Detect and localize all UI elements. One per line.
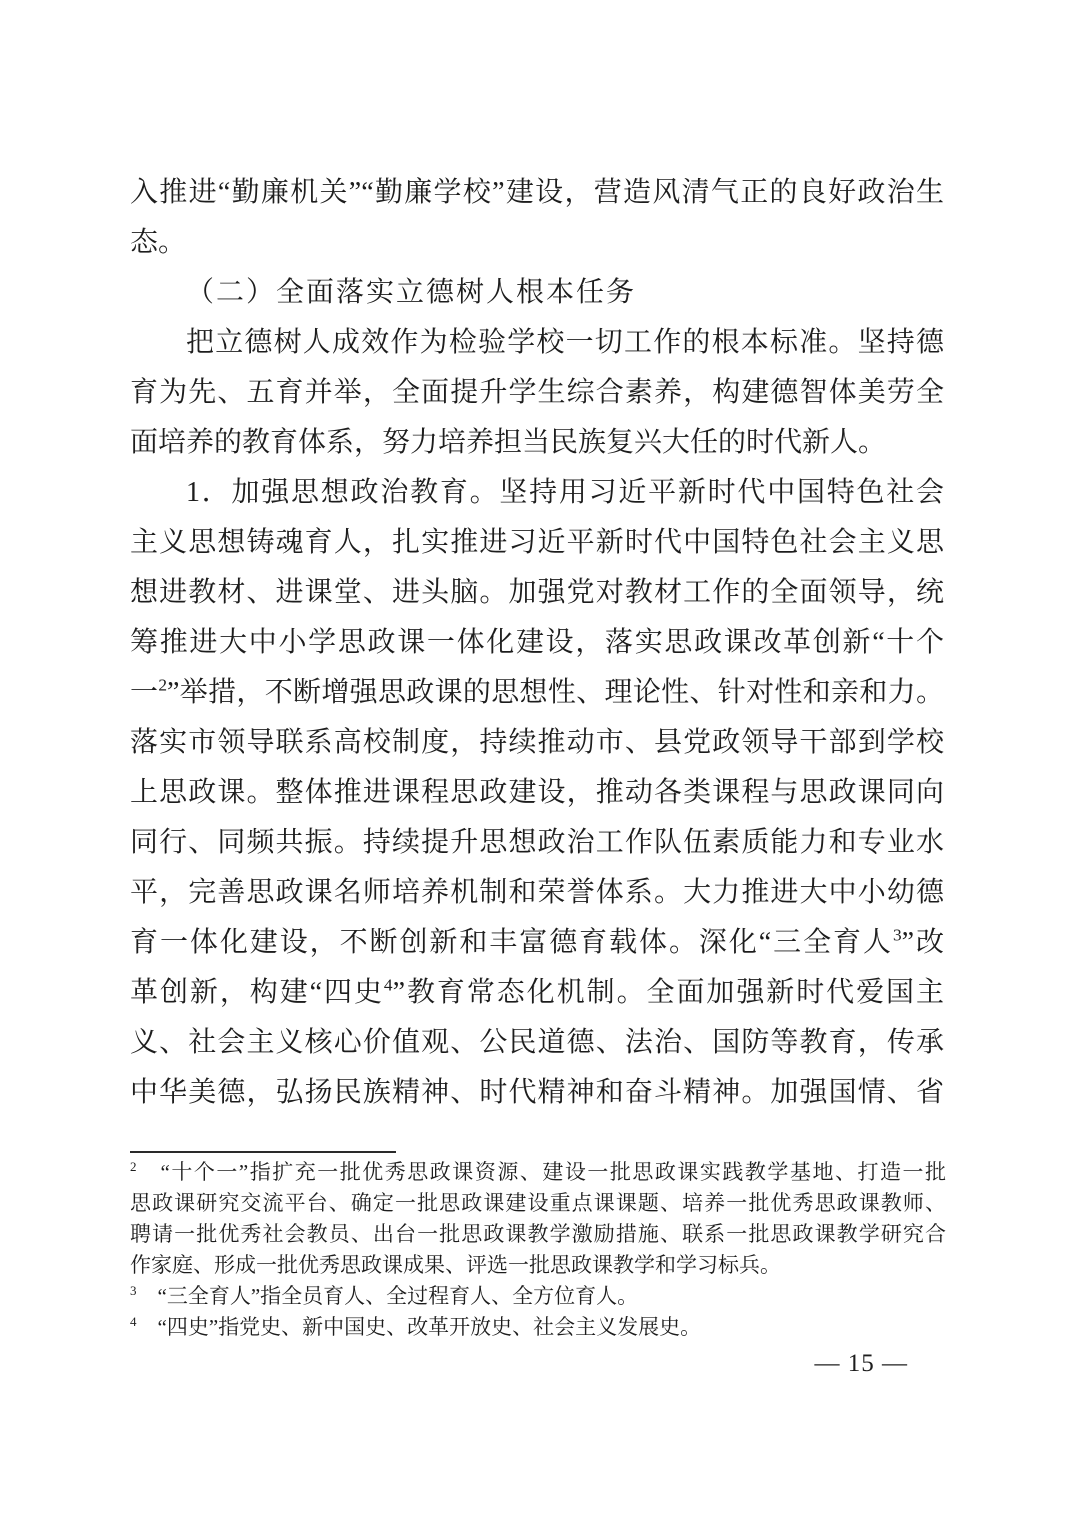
footnote-ref: 2 xyxy=(130,1159,137,1174)
body-text-line: 面培养的教育体系，努力培养担当民族复兴大任的时代新人。 xyxy=(130,418,944,468)
body-text-line: 想进教材、进课堂、进头脑。加强党对教材工作的全面领导，统 xyxy=(130,568,944,618)
footnote-ref: 3 xyxy=(893,926,902,945)
body-text-line: 一2”举措，不断增强思政课的思想性、理论性、针对性和亲和力。 xyxy=(130,668,944,718)
footnote-line: 2 “十个一”指扩充一批优秀思政课资源、建设一批思政课实践教学基地、打造一批 xyxy=(130,1157,946,1188)
footnote-line: 4 “四史”指党史、新中国史、改革开放史、社会主义发展史。 xyxy=(130,1312,946,1343)
section-heading: （二）全面落实立德树人根本任务 xyxy=(130,268,944,318)
body-text-line: 1．加强思想政治教育。坚持用习近平新时代中国特色社会 xyxy=(130,468,944,518)
body-text-line: 平，完善思政课名师培养机制和荣誉体系。大力推进大中小幼德 xyxy=(130,868,944,918)
body-text-line: 筹推进大中小学思政课一体化建设，落实思政课改革创新“十个 xyxy=(130,618,944,668)
document-page: 入推进“勤廉机关”“勤廉学校”建设，营造风清气正的良好政治生态。（二）全面落实立… xyxy=(0,0,1074,1520)
footnote-ref: 2 xyxy=(158,676,167,695)
body-text-line: 入推进“勤廉机关”“勤廉学校”建设，营造风清气正的良好政治生 xyxy=(130,168,944,218)
footnotes: 2 “十个一”指扩充一批优秀思政课资源、建设一批思政课实践教学基地、打造一批思政… xyxy=(130,1157,946,1343)
footnote-ref: 4 xyxy=(384,976,393,995)
page-number: — 15 — xyxy=(815,1350,909,1378)
footnote-line: 思政课研究交流平台、确定一批思政课建设重点课课题、培养一批优秀思政课教师、 xyxy=(130,1188,946,1219)
body-text-line: 主义思想铸魂育人，扎实推进习近平新时代中国特色社会主义思 xyxy=(130,518,944,568)
body-text-line: 育一体化建设，不断创新和丰富德育载体。深化“三全育人3”改 xyxy=(130,918,944,968)
body-text-line: 态。 xyxy=(130,218,944,268)
body-text-line: 育为先、五育并举，全面提升学生综合素养，构建德智体美劳全 xyxy=(130,368,944,418)
footnote-separator xyxy=(130,1151,396,1153)
footnote-ref: 3 xyxy=(130,1283,137,1298)
body-text-line: 义、社会主义核心价值观、公民道德、法治、国防等教育，传承 xyxy=(130,1018,944,1068)
body-text-line: 把立德树人成效作为检验学校一切工作的根本标准。坚持德 xyxy=(130,318,944,368)
body-text-line: 落实市领导联系高校制度，持续推动市、县党政领导干部到学校 xyxy=(130,718,944,768)
footnote-ref: 4 xyxy=(130,1314,137,1329)
body-text: 入推进“勤廉机关”“勤廉学校”建设，营造风清气正的良好政治生态。（二）全面落实立… xyxy=(130,168,944,1118)
body-text-line: 中华美德，弘扬民族精神、时代精神和奋斗精神。加强国情、省 xyxy=(130,1068,944,1118)
body-text-line: 上思政课。整体推进课程思政建设，推动各类课程与思政课同向 xyxy=(130,768,944,818)
body-text-line: 同行、同频共振。持续提升思想政治工作队伍素质能力和专业水 xyxy=(130,818,944,868)
body-text-line: 革创新，构建“四史4”教育常态化机制。全面加强新时代爱国主 xyxy=(130,968,944,1018)
footnote-line: 作家庭、形成一批优秀思政课成果、评选一批思政课教学和学习标兵。 xyxy=(130,1250,946,1281)
footnote-line: 3 “三全育人”指全员育人、全过程育人、全方位育人。 xyxy=(130,1281,946,1312)
footnote-line: 聘请一批优秀社会教员、出台一批思政课教学激励措施、联系一批思政课教学研究合 xyxy=(130,1219,946,1250)
